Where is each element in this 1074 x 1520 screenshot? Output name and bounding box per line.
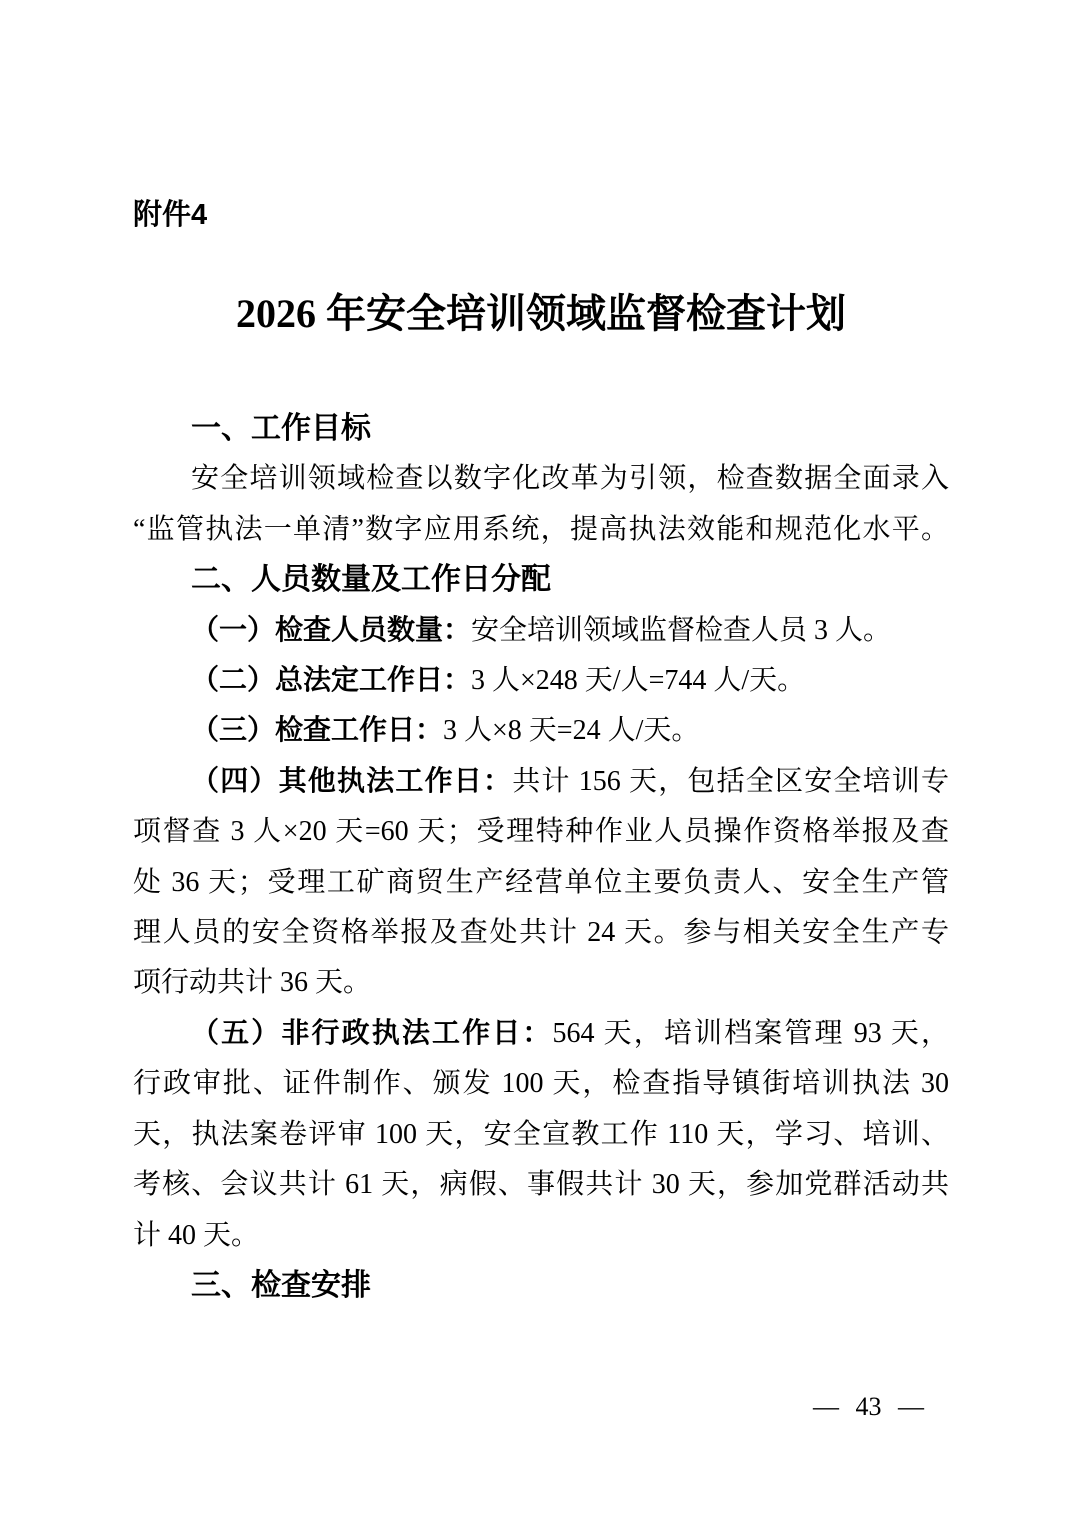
item-1-label: （一）检查人员数量：: [191, 615, 471, 646]
item-3-label: （三）检查工作日：: [191, 715, 443, 746]
item-5-label: （五）非行政执法工作日：: [191, 1018, 553, 1049]
item-1-text: 安全培训领域监督检查人员 3 人。: [471, 615, 891, 646]
item-3-text: 3 人×8 天=24 人/天。: [443, 715, 699, 746]
section1-paragraph-line: “监管执法一单清”数字应用系统，提高执法效能和规范化水平。: [133, 505, 949, 555]
list-item-2: （二）总法定工作日：3 人×248 天/人=744 人/天。: [133, 656, 949, 706]
section2-heading: 二、人员数量及工作日分配: [133, 555, 949, 605]
section1-paragraph-line: 安全培训领域检查以数字化改革为引领，检查数据全面录入: [133, 454, 949, 504]
item-2-text: 3 人×248 天/人=744 人/天。: [471, 665, 805, 696]
list-item-4-line: 理人员的安全资格举报及查处共计 24 天。参与相关安全生产专: [133, 908, 949, 958]
list-item-5-line: 考核、会议共计 61 天，病假、事假共计 30 天，参加党群活动共: [133, 1160, 949, 1210]
item-4-label: （四）其他执法工作日：: [191, 766, 512, 797]
page-number: — 43 —: [813, 1392, 924, 1422]
list-item-4-line: 项行动共计 36 天。: [133, 958, 949, 1008]
document-page: 附件4 2026 年安全培训领域监督检查计划 一、工作目标 安全培训领域检查以数…: [133, 0, 949, 1311]
item-5-text: 564 天，培训档案管理 93 天，: [553, 1018, 950, 1049]
list-item-5-line: 行政审批、证件制作、颁发 100 天，检查指导镇街培训执法 30: [133, 1059, 949, 1109]
attachment-label: 附件4: [133, 198, 949, 232]
list-item-5-line: 天，执法案卷评审 100 天，安全宣教工作 110 天，学习、培训、: [133, 1110, 949, 1160]
list-item-5-line: 计 40 天。: [133, 1211, 949, 1261]
list-item-1: （一）检查人员数量：安全培训领域监督检查人员 3 人。: [133, 606, 949, 656]
document-title: 2026 年安全培训领域监督检查计划: [133, 288, 949, 340]
list-item-4-line: 处 36 天；受理工矿商贸生产经营单位主要负责人、安全生产管: [133, 858, 949, 908]
list-item-4-line: （四）其他执法工作日：共计 156 天，包括全区安全培训专: [133, 757, 949, 807]
section3-heading: 三、检查安排: [133, 1261, 949, 1311]
item-4-text: 共计 156 天，包括全区安全培训专: [512, 766, 949, 797]
item-2-label: （二）总法定工作日：: [191, 665, 471, 696]
list-item-5-line: （五）非行政执法工作日：564 天，培训档案管理 93 天，: [133, 1009, 949, 1059]
list-item-4-line: 项督查 3 人×20 天=60 天；受理特种作业人员操作资格举报及查: [133, 807, 949, 857]
list-item-3: （三）检查工作日：3 人×8 天=24 人/天。: [133, 706, 949, 756]
section1-heading: 一、工作目标: [133, 404, 949, 454]
